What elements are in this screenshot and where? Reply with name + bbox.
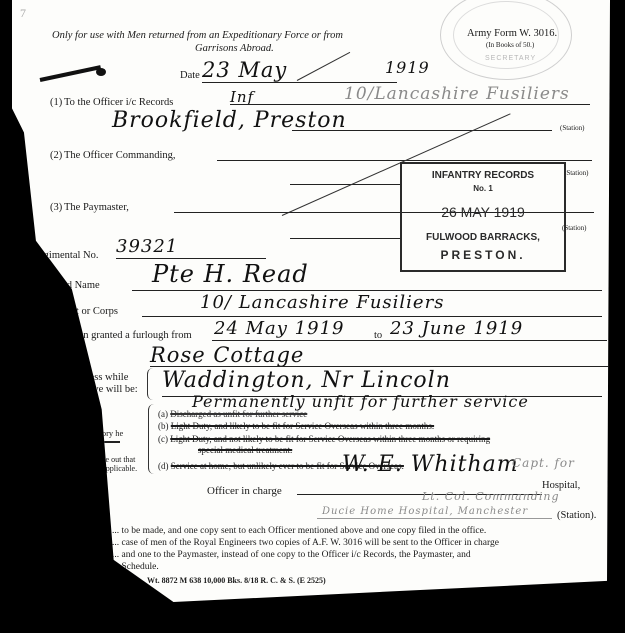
footnote-line-3: ... and one to the Paymaster, instead of… [112,549,471,561]
regiment-label: Regiment or Corps [38,306,118,317]
oval-stamp: SECRETARY [440,0,572,80]
category-option-c: (c) Light Duty, and not likely to be fit… [158,434,490,444]
header-notice-line1: Only for use with Men returned from an E… [52,30,343,41]
regimental-no-underline [116,258,266,259]
recipient-3-label: The Paymaster, [64,202,129,213]
date-cross-stroke [297,52,350,81]
officer-unit-handwritten: Lt. Col. Commanding [422,490,560,503]
category-side-strike [90,441,120,443]
date-underline [202,82,397,83]
stamp-line-3: FULWOOD BARRACKS, [402,232,564,243]
category-side-label-1: Category he [82,428,123,438]
category-option-d-key: (d) [158,461,169,471]
date-year: 1919 [385,58,430,77]
date-handwritten: 23 May [202,58,287,82]
furlough-from: 24 May 1919 [214,318,345,339]
form-subtitle: (In Books of 50.) [486,41,534,49]
footnote-line-4: ... Schedule. [112,561,159,573]
date-label: Date [180,70,200,81]
header-notice-line2: Garrisons Abroad. [195,43,274,54]
recipient-3-number: (3) [50,202,62,213]
printer-line: Wt. 8872 M 638 10,000 Bks. 8/18 R. C. & … [147,576,326,585]
received-stamp: INFANTRY RECORDS No. 1 26 MAY 1919 FULWO… [400,162,566,272]
station-suffix: (Station). [557,510,596,521]
officer-signature-title: Capt. for [512,456,575,470]
footnote-line-2: ... case of men of the Royal Engineers t… [112,537,499,549]
furlough-underline [212,340,607,341]
stamp-date: 26 MAY 1919 [402,204,564,220]
document-page: SECRETARY 7 Only for use with Men return… [12,0,610,602]
address-line-2: Waddington, Nr Lincoln [162,368,451,393]
recipient-1-hand-unit: 10/Lancashire Fusiliers [344,84,570,104]
recipient-2-line-2 [290,184,400,185]
recipient-2-number: (2) [50,150,62,161]
furlough-label: has been granted a furlough from [52,330,192,341]
recipient-1-label: To the Officer i/c Records [64,97,173,108]
address-brace [147,368,154,400]
officer-signature: W. E. Whitham [342,452,519,477]
officer-in-charge-label: Officer in charge [207,485,282,497]
address-label-2: on leave will be: [68,384,138,395]
recipient-1-number: (1) [50,97,62,108]
ink-smudge [40,65,101,82]
stamp-line-2: No. 1 [402,184,564,193]
address-underline-1 [150,366,610,367]
rank-name-underline [132,290,602,291]
stamp-line-1: INFANTRY RECORDS [402,170,564,181]
category-option-a-key: (a) [158,409,168,419]
category-option-b-text: Light Duty, and likely to be fit for Ser… [171,421,434,431]
regimental-no-value: 39321 [116,236,178,257]
footnote-line-1: ... to be made, and one copy sent to eac… [112,525,486,537]
regiment-underline [142,316,602,317]
recipient-1-line-2 [292,130,552,131]
corner-mark: 7 [20,6,26,21]
address-line-1: Rose Cottage [150,343,304,367]
rank-name-value: Pte H. Read [152,260,309,288]
furlough-to: 23 June 1919 [390,318,523,339]
recipient-1-station-suffix: (Station) [560,124,585,132]
recipient-3-line-2 [290,238,400,239]
recipient-2-station-suffix: (Station) [564,169,589,177]
category-side-label-3: Strike out that [90,455,135,464]
ink-blot [96,68,106,76]
regiment-value: 10/ Lancashire Fusiliers [200,292,444,313]
address-label-1: Address while [68,372,128,383]
station-underline [317,518,552,519]
category-side-label-4: not applicable. [90,464,137,473]
rank-name-label: Rank and Name [32,280,100,291]
station-handwritten: Ducie Home Hospital, Manchester [322,506,528,517]
category-option-c-text: Light Duty, and not likely to be fit for… [170,434,490,444]
category-option-a: (a) Discharged as unfit for further serv… [158,409,307,419]
category-option-a-text: Discharged as unfit for further service [170,409,307,419]
oval-stamp-text: SECRETARY [485,55,536,62]
regimental-no-label: Regimental No. [32,250,99,261]
category-brace [148,404,155,474]
category-option-c-text2: special medical treatment. [198,445,292,455]
recipient-2-label: The Officer Commanding, [64,150,176,161]
recipient-1-line-1 [230,104,590,105]
stamp-line-4: PRESTON. [402,248,564,262]
category-option-b: (b) Light Duty, and likely to be fit for… [158,421,434,431]
form-number: Army Form W. 3016. [467,28,557,39]
category-option-b-key: (b) [158,421,169,431]
category-option-c-key: (c) [158,434,168,444]
